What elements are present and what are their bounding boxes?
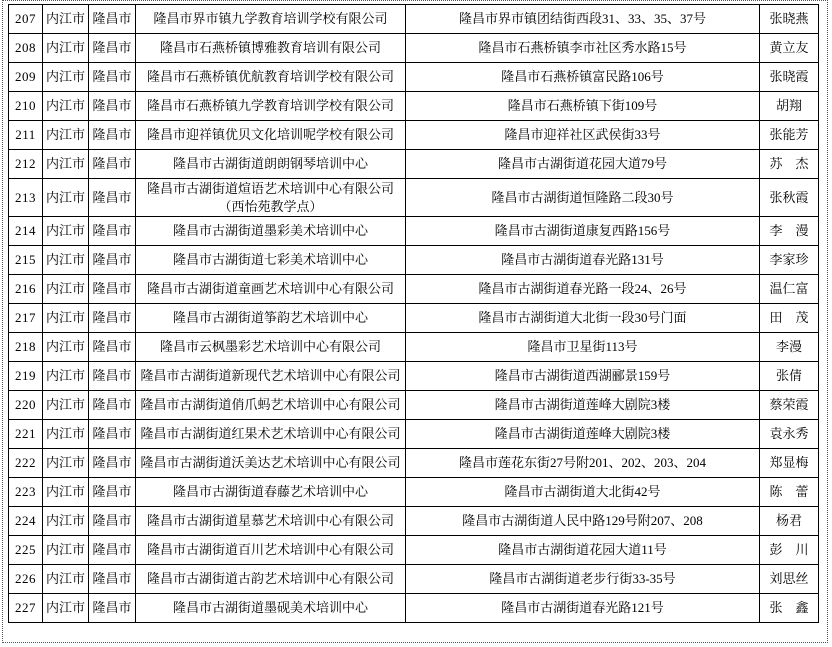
table-row: 207 内江市 隆昌市 隆昌市界市镇九学教育培训学校有限公司 隆昌市界市镇团结街… (9, 5, 819, 34)
county-cell: 隆昌市 (89, 34, 136, 63)
row-number-cell: 227 (9, 594, 43, 623)
table-row: 221 内江市 隆昌市 隆昌市古湖街道红果术艺术培训中心有限公司 隆昌市古湖街道… (9, 420, 819, 449)
table-row: 212 内江市 隆昌市 隆昌市古湖街道朗朗钢琴培训中心 隆昌市古湖街道花园大道7… (9, 150, 819, 179)
row-number-cell: 223 (9, 478, 43, 507)
county-cell: 隆昌市 (89, 420, 136, 449)
county-cell: 隆昌市 (89, 333, 136, 362)
row-number-cell: 225 (9, 536, 43, 565)
city-cell: 内江市 (43, 594, 89, 623)
row-number-cell: 219 (9, 362, 43, 391)
row-number-cell: 213 (9, 179, 43, 217)
county-cell: 隆昌市 (89, 478, 136, 507)
address-cell: 隆昌市古湖街道大北街42号 (406, 478, 760, 507)
table-row: 219 内江市 隆昌市 隆昌市古湖街道新现代艺术培训中心有限公司 隆昌市古湖街道… (9, 362, 819, 391)
institution-name-cell: 隆昌市古湖街道墨彩美术培训中心 (136, 217, 406, 246)
table-row: 214 内江市 隆昌市 隆昌市古湖街道墨彩美术培训中心 隆昌市古湖街道康复西路1… (9, 217, 819, 246)
person-name-cell: 蔡荣霞 (760, 391, 819, 420)
address-cell: 隆昌市界市镇团结街西段31、33、35、37号 (406, 5, 760, 34)
person-name-cell: 张晓燕 (760, 5, 819, 34)
address-cell: 隆昌市石燕桥镇李市社区秀水路15号 (406, 34, 760, 63)
training-institutions-table: 207 内江市 隆昌市 隆昌市界市镇九学教育培训学校有限公司 隆昌市界市镇团结街… (8, 4, 819, 623)
person-name-cell: 温仁富 (760, 275, 819, 304)
city-cell: 内江市 (43, 246, 89, 275)
city-cell: 内江市 (43, 63, 89, 92)
table-body: 207 内江市 隆昌市 隆昌市界市镇九学教育培训学校有限公司 隆昌市界市镇团结街… (9, 5, 819, 623)
person-name-cell: 杨君 (760, 507, 819, 536)
institution-name-cell: 隆昌市古湖街道煊语艺术培训中心有限公司（西怡苑教学点） (136, 179, 406, 217)
row-number-cell: 211 (9, 121, 43, 150)
city-cell: 内江市 (43, 121, 89, 150)
county-cell: 隆昌市 (89, 304, 136, 333)
table-row: 208 内江市 隆昌市 隆昌市石燕桥镇博雅教育培训有限公司 隆昌市石燕桥镇李市社… (9, 34, 819, 63)
person-name-cell: 彭 川 (760, 536, 819, 565)
person-name-cell: 李漫 (760, 333, 819, 362)
address-cell: 隆昌市古湖街道西湖郦景159号 (406, 362, 760, 391)
county-cell: 隆昌市 (89, 217, 136, 246)
institution-name-cell: 隆昌市石燕桥镇优航教育培训学校有限公司 (136, 63, 406, 92)
row-number-cell: 220 (9, 391, 43, 420)
county-cell: 隆昌市 (89, 63, 136, 92)
county-cell: 隆昌市 (89, 565, 136, 594)
institution-name-cell: 隆昌市界市镇九学教育培训学校有限公司 (136, 5, 406, 34)
address-cell: 隆昌市古湖街道莲峰大剧院3楼 (406, 420, 760, 449)
table-row: 223 内江市 隆昌市 隆昌市古湖街道春藤艺术培训中心 隆昌市古湖街道大北街42… (9, 478, 819, 507)
table-row: 218 内江市 隆昌市 隆昌市云枫墨彩艺术培训中心有限公司 隆昌市卫星街113号… (9, 333, 819, 362)
address-cell: 隆昌市古湖街道人民中路129号附207、208 (406, 507, 760, 536)
row-number-cell: 221 (9, 420, 43, 449)
row-number-cell: 226 (9, 565, 43, 594)
city-cell: 内江市 (43, 217, 89, 246)
county-cell: 隆昌市 (89, 275, 136, 304)
row-number-cell: 217 (9, 304, 43, 333)
city-cell: 内江市 (43, 92, 89, 121)
person-name-cell: 袁永秀 (760, 420, 819, 449)
person-name-cell: 张秋霞 (760, 179, 819, 217)
person-name-cell: 刘思丝 (760, 565, 819, 594)
county-cell: 隆昌市 (89, 179, 136, 217)
person-name-cell: 田 茂 (760, 304, 819, 333)
table-row: 226 内江市 隆昌市 隆昌市古湖街道古韵艺术培训中心有限公司 隆昌市古湖街道老… (9, 565, 819, 594)
institution-name-cell: 隆昌市古湖街道春藤艺术培训中心 (136, 478, 406, 507)
address-cell: 隆昌市古湖街道恒隆路二段30号 (406, 179, 760, 217)
person-name-cell: 张倩 (760, 362, 819, 391)
address-cell: 隆昌市古湖街道春光路121号 (406, 594, 760, 623)
person-name-cell: 苏 杰 (760, 150, 819, 179)
table-row: 222 内江市 隆昌市 隆昌市古湖街道沃美达艺术培训中心有限公司 隆昌市莲花东街… (9, 449, 819, 478)
table-row: 224 内江市 隆昌市 隆昌市古湖街道星慕艺术培训中心有限公司 隆昌市古湖街道人… (9, 507, 819, 536)
address-cell: 隆昌市古湖街道春光路一段24、26号 (406, 275, 760, 304)
row-number-cell: 210 (9, 92, 43, 121)
county-cell: 隆昌市 (89, 5, 136, 34)
address-cell: 隆昌市古湖街道春光路131号 (406, 246, 760, 275)
address-cell: 隆昌市莲花东街27号附201、202、203、204 (406, 449, 760, 478)
institution-name-cell: 隆昌市古湖街道朗朗钢琴培训中心 (136, 150, 406, 179)
table-row: 215 内江市 隆昌市 隆昌市古湖街道七彩美术培训中心 隆昌市古湖街道春光路13… (9, 246, 819, 275)
table-row: 225 内江市 隆昌市 隆昌市古湖街道百川艺术培训中心有限公司 隆昌市古湖街道花… (9, 536, 819, 565)
institution-name-cell: 隆昌市古湖街道俏爪蚂艺术培训中心有限公司 (136, 391, 406, 420)
person-name-cell: 胡翔 (760, 92, 819, 121)
institution-name-cell: 隆昌市石燕桥镇九学教育培训学校有限公司 (136, 92, 406, 121)
city-cell: 内江市 (43, 5, 89, 34)
institution-name-cell: 隆昌市古湖街道古韵艺术培训中心有限公司 (136, 565, 406, 594)
person-name-cell: 郑显梅 (760, 449, 819, 478)
institution-name-cell: 隆昌市古湖街道红果术艺术培训中心有限公司 (136, 420, 406, 449)
address-cell: 隆昌市石燕桥镇富民路106号 (406, 63, 760, 92)
address-cell: 隆昌市古湖街道花园大道79号 (406, 150, 760, 179)
address-cell: 隆昌市古湖街道老步行街33-35号 (406, 565, 760, 594)
row-number-cell: 216 (9, 275, 43, 304)
person-name-cell: 陈 蕾 (760, 478, 819, 507)
county-cell: 隆昌市 (89, 246, 136, 275)
address-cell: 隆昌市迎祥社区武侯街33号 (406, 121, 760, 150)
row-number-cell: 215 (9, 246, 43, 275)
institution-name-cell: 隆昌市古湖街道七彩美术培训中心 (136, 246, 406, 275)
city-cell: 内江市 (43, 391, 89, 420)
county-cell: 隆昌市 (89, 449, 136, 478)
county-cell: 隆昌市 (89, 594, 136, 623)
institution-name-cell: 隆昌市古湖街道新现代艺术培训中心有限公司 (136, 362, 406, 391)
row-number-cell: 212 (9, 150, 43, 179)
city-cell: 内江市 (43, 507, 89, 536)
institution-name-cell: 隆昌市古湖街道沃美达艺术培训中心有限公司 (136, 449, 406, 478)
address-cell: 隆昌市卫星街113号 (406, 333, 760, 362)
row-number-cell: 214 (9, 217, 43, 246)
institution-name-cell: 隆昌市石燕桥镇博雅教育培训有限公司 (136, 34, 406, 63)
county-cell: 隆昌市 (89, 121, 136, 150)
city-cell: 内江市 (43, 304, 89, 333)
table-row: 213 内江市 隆昌市 隆昌市古湖街道煊语艺术培训中心有限公司（西怡苑教学点） … (9, 179, 819, 217)
table-row: 211 内江市 隆昌市 隆昌市迎祥镇优贝文化培训呢学校有限公司 隆昌市迎祥社区武… (9, 121, 819, 150)
city-cell: 内江市 (43, 362, 89, 391)
address-cell: 隆昌市古湖街道莲峰大剧院3楼 (406, 391, 760, 420)
institution-name-cell: 隆昌市古湖街道童画艺术培训中心有限公司 (136, 275, 406, 304)
city-cell: 内江市 (43, 536, 89, 565)
person-name-cell: 李家珍 (760, 246, 819, 275)
table-row: 216 内江市 隆昌市 隆昌市古湖街道童画艺术培训中心有限公司 隆昌市古湖街道春… (9, 275, 819, 304)
table-row: 210 内江市 隆昌市 隆昌市石燕桥镇九学教育培训学校有限公司 隆昌市石燕桥镇下… (9, 92, 819, 121)
table-row: 220 内江市 隆昌市 隆昌市古湖街道俏爪蚂艺术培训中心有限公司 隆昌市古湖街道… (9, 391, 819, 420)
city-cell: 内江市 (43, 565, 89, 594)
city-cell: 内江市 (43, 478, 89, 507)
row-number-cell: 208 (9, 34, 43, 63)
county-cell: 隆昌市 (89, 150, 136, 179)
city-cell: 内江市 (43, 275, 89, 304)
person-name-cell: 张能芳 (760, 121, 819, 150)
row-number-cell: 218 (9, 333, 43, 362)
address-cell: 隆昌市古湖街道康复西路156号 (406, 217, 760, 246)
table-row: 217 内江市 隆昌市 隆昌市古湖街道筝韵艺术培训中心 隆昌市古湖街道大北街一段… (9, 304, 819, 333)
city-cell: 内江市 (43, 150, 89, 179)
city-cell: 内江市 (43, 179, 89, 217)
county-cell: 隆昌市 (89, 362, 136, 391)
address-cell: 隆昌市古湖街道花园大道11号 (406, 536, 760, 565)
county-cell: 隆昌市 (89, 507, 136, 536)
row-number-cell: 222 (9, 449, 43, 478)
address-cell: 隆昌市古湖街道大北街一段30号门面 (406, 304, 760, 333)
person-name-cell: 张 鑫 (760, 594, 819, 623)
person-name-cell: 黄立友 (760, 34, 819, 63)
table-row: 227 内江市 隆昌市 隆昌市古湖街道墨砚美术培训中心 隆昌市古湖街道春光路12… (9, 594, 819, 623)
county-cell: 隆昌市 (89, 536, 136, 565)
institution-name-cell: 隆昌市迎祥镇优贝文化培训呢学校有限公司 (136, 121, 406, 150)
person-name-cell: 张晓霞 (760, 63, 819, 92)
table-row: 209 内江市 隆昌市 隆昌市石燕桥镇优航教育培训学校有限公司 隆昌市石燕桥镇富… (9, 63, 819, 92)
row-number-cell: 209 (9, 63, 43, 92)
institution-name-cell: 隆昌市古湖街道墨砚美术培训中心 (136, 594, 406, 623)
person-name-cell: 李 漫 (760, 217, 819, 246)
city-cell: 内江市 (43, 420, 89, 449)
county-cell: 隆昌市 (89, 391, 136, 420)
city-cell: 内江市 (43, 449, 89, 478)
row-number-cell: 207 (9, 5, 43, 34)
institution-name-cell: 隆昌市古湖街道百川艺术培训中心有限公司 (136, 536, 406, 565)
county-cell: 隆昌市 (89, 92, 136, 121)
institution-name-cell: 隆昌市古湖街道筝韵艺术培训中心 (136, 304, 406, 333)
city-cell: 内江市 (43, 34, 89, 63)
city-cell: 内江市 (43, 333, 89, 362)
row-number-cell: 224 (9, 507, 43, 536)
address-cell: 隆昌市石燕桥镇下街109号 (406, 92, 760, 121)
institution-name-cell: 隆昌市古湖街道星慕艺术培训中心有限公司 (136, 507, 406, 536)
institution-name-cell: 隆昌市云枫墨彩艺术培训中心有限公司 (136, 333, 406, 362)
